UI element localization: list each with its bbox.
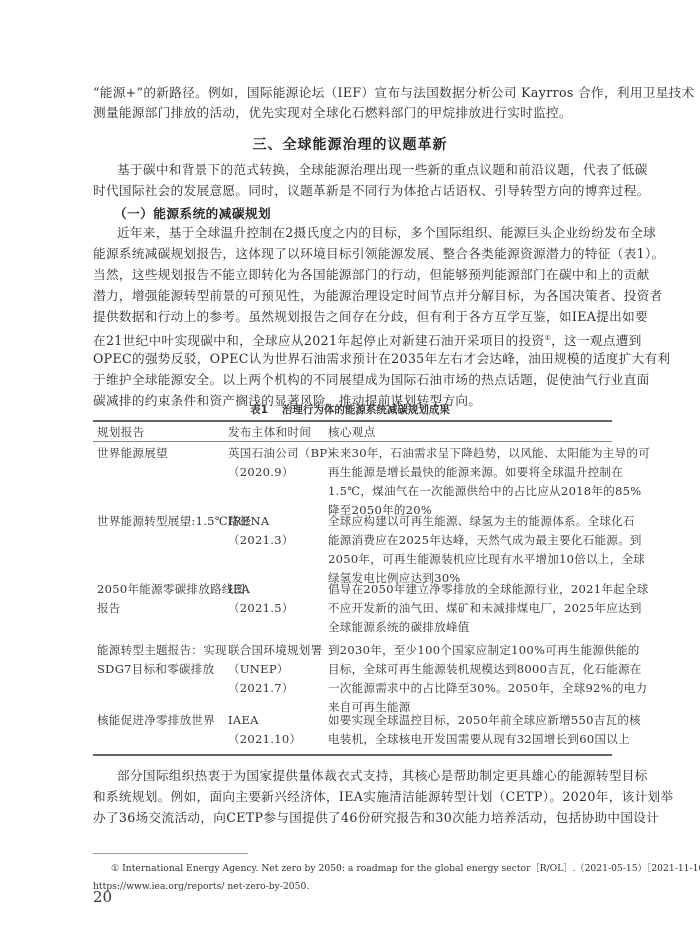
cell-publisher: （UNEP）	[228, 660, 328, 679]
table-header-report: 规划报告	[97, 424, 227, 440]
table-caption-title: 治理行为体的能源系统减碳规划成果	[282, 404, 450, 416]
intro-line-1: “能源+”的新路径。例如，国际能源论坛（IEF）宣布与法国数据分析公司 Kayr…	[93, 84, 611, 102]
closing-line-3: 办了36场交流活动，向CETP参与国提供了46份研究报告和30次能力培养活动，包…	[93, 809, 611, 827]
cell-viewpoint: 倡导在2050年建立净零排放的全球能源行业，2021年起全球	[328, 580, 618, 599]
section-para-line-2: 时代国际社会的发展意愿。同时，议题革新是不同行为体抢占话语权、引导转型方向的博弈…	[93, 182, 611, 200]
cell-viewpoint: 目标，全球可再生能源装机规模达到8000吉瓦，化石能源在	[328, 660, 618, 679]
cell-viewpoint: 到2030年，至少100个国家应制定100%可再生能源供能的	[328, 641, 618, 660]
cell-publisher-date: （2021.7）	[228, 679, 328, 698]
body-line-4: 潜力，增强能源转型前景的可预见性，为能源治理设定时间节点并分解目标，为各国决策者…	[93, 287, 611, 305]
cell-publisher: IAEA	[228, 711, 328, 730]
body-line-1: 近年来，基于全球温升控制在2摄氏度之内的目标，多个国际组织、能源巨头企业纷纷发布…	[117, 224, 611, 242]
cell-viewpoint: 1.5℃，煤油气在一次能源供给中的占比应从2018年的85%	[328, 482, 618, 501]
cell-publisher-date: （2020.9）	[228, 463, 328, 482]
page-number: 20	[93, 888, 112, 906]
table-caption-number: 表1	[250, 404, 268, 416]
cell-report: 能源转型主题报告：实现	[97, 641, 227, 660]
cell-report: SDG7目标和零碳排放	[97, 660, 227, 679]
body-line-2: 能源系统减碳规划报告，这体现了以环境目标引领能源发展、整合各类能源资源潜力的特征…	[93, 245, 611, 263]
footnote-mark: ①	[111, 863, 119, 874]
footnote-citation: International Energy Agency. Net zero by…	[122, 863, 700, 874]
cell-report: 2050年能源零碳排放路线图	[97, 580, 227, 599]
cell-report: 世界能源展望	[97, 444, 227, 463]
table-header-viewpoint: 核心观点	[328, 424, 618, 440]
closing-line-1: 部分国际组织热衷于为国家提供量体裁衣式支持，其核心是帮助制定更具雄心的能源转型目…	[117, 767, 611, 785]
cell-report: 核能促进净零排放世界	[97, 711, 227, 730]
table-top-rule	[93, 420, 612, 422]
table-header-rule	[93, 441, 612, 442]
section-para-line-1: 基于碳中和背景下的范式转换，全球能源治理出现一些新的重点议题和前沿议题，代表了低…	[117, 161, 611, 179]
closing-line-2: 和系统规划。例如，面向主要新兴经济体，IEA实施清洁能源转型计划（CETP）。2…	[93, 788, 611, 806]
cell-viewpoint: 如要实现全球温控目标，2050年前全球应新增550吉瓦的核	[328, 711, 618, 730]
cell-publisher-date: （2021.10）	[228, 730, 328, 749]
subheading: （一）能源系统的减碳规划	[114, 203, 271, 222]
cell-viewpoint: 再生能源是增长最快的能源来源。如要将全球温升控制在	[328, 463, 618, 482]
cell-viewpoint: 全球能源系统的碳排放峰值	[328, 618, 618, 637]
cell-viewpoint: 一次能源需求中的占比降至30%。2050年，全球92%的电力	[328, 679, 618, 698]
cell-publisher: 联合国环境规划署	[228, 641, 328, 660]
cell-viewpoint: 电装机，全球核电开发国需要从现有32国增长到60国以上	[328, 730, 618, 749]
cell-viewpoint: 不应开发新的油气田、煤矿和未减排煤电厂，2025年应达到	[328, 599, 618, 618]
table-caption: 表1治理行为体的能源系统减碳规划成果	[0, 402, 700, 417]
body-line-6-text: 在21世纪中叶实现碳中和，全球应从2021年起停止对新建石油开采项目的投资	[93, 333, 544, 348]
footnote-url-link[interactable]: https://www.iea.org/reports/ net-zero-by…	[93, 881, 309, 892]
footnote-separator	[93, 853, 248, 854]
cell-viewpoint: 全球应构建以可再生能源、绿氢为主的能源体系。全球化石	[328, 512, 618, 531]
cell-viewpoint: 未来30年，石油需求呈下降趋势，以风能、太阳能为主导的可	[328, 444, 618, 463]
cell-viewpoint: 2050年，可再生能源装机应比现有水平增加10倍以上，全球	[328, 550, 618, 569]
table-header-publisher: 发布主体和时间	[228, 424, 328, 440]
cell-publisher: IEA	[228, 580, 328, 599]
table-bottom-rule	[93, 754, 612, 756]
cell-publisher: IRENA	[228, 512, 328, 531]
body-line-5: 提供数据和行动上的参考。虽然规划报告之间存在分歧，但有利于各方互学互鉴，如IEA…	[93, 308, 611, 326]
body-line-3: 当然，这些规划报告不能立即转化为各国能源部门的行动，但能够预判能源部门在碳中和上…	[93, 266, 611, 284]
cell-publisher: 英国石油公司（BP）	[228, 444, 328, 463]
body-line-6-tail: ，这一观点遭到	[551, 333, 642, 348]
body-line-8: 于维护全球能源安全。以上两个机构的不同展望成为国际石油市场的热点话题，促使油气行…	[93, 371, 611, 389]
section-title: 三、全球能源治理的议题革新	[0, 134, 700, 154]
cell-viewpoint: 能源消费应在2025年达峰，天然气成为最主要化石能源。到	[328, 531, 618, 550]
cell-report: 世界能源转型展望:1.5℃路径	[97, 512, 227, 531]
body-line-6: 在21世纪中叶实现碳中和，全球应从2021年起停止对新建石油开采项目的投资①，这…	[93, 329, 611, 350]
body-line-7: OPEC的强势反驳，OPEC认为世界石油需求预计在2035年左右才会达峰，油田规…	[93, 350, 611, 368]
cell-publisher-date: （2021.5）	[228, 599, 328, 618]
cell-report: 报告	[97, 599, 227, 618]
footnote: ① International Energy Agency. Net zero …	[93, 860, 618, 896]
intro-line-2: 测量能源部门排放的活动，优先实现对全球化石燃料部门的甲烷排放进行实时监控。	[93, 104, 611, 122]
footnote-line-1: ① International Energy Agency. Net zero …	[93, 860, 618, 878]
cell-publisher-date: （2021.3）	[228, 531, 328, 550]
